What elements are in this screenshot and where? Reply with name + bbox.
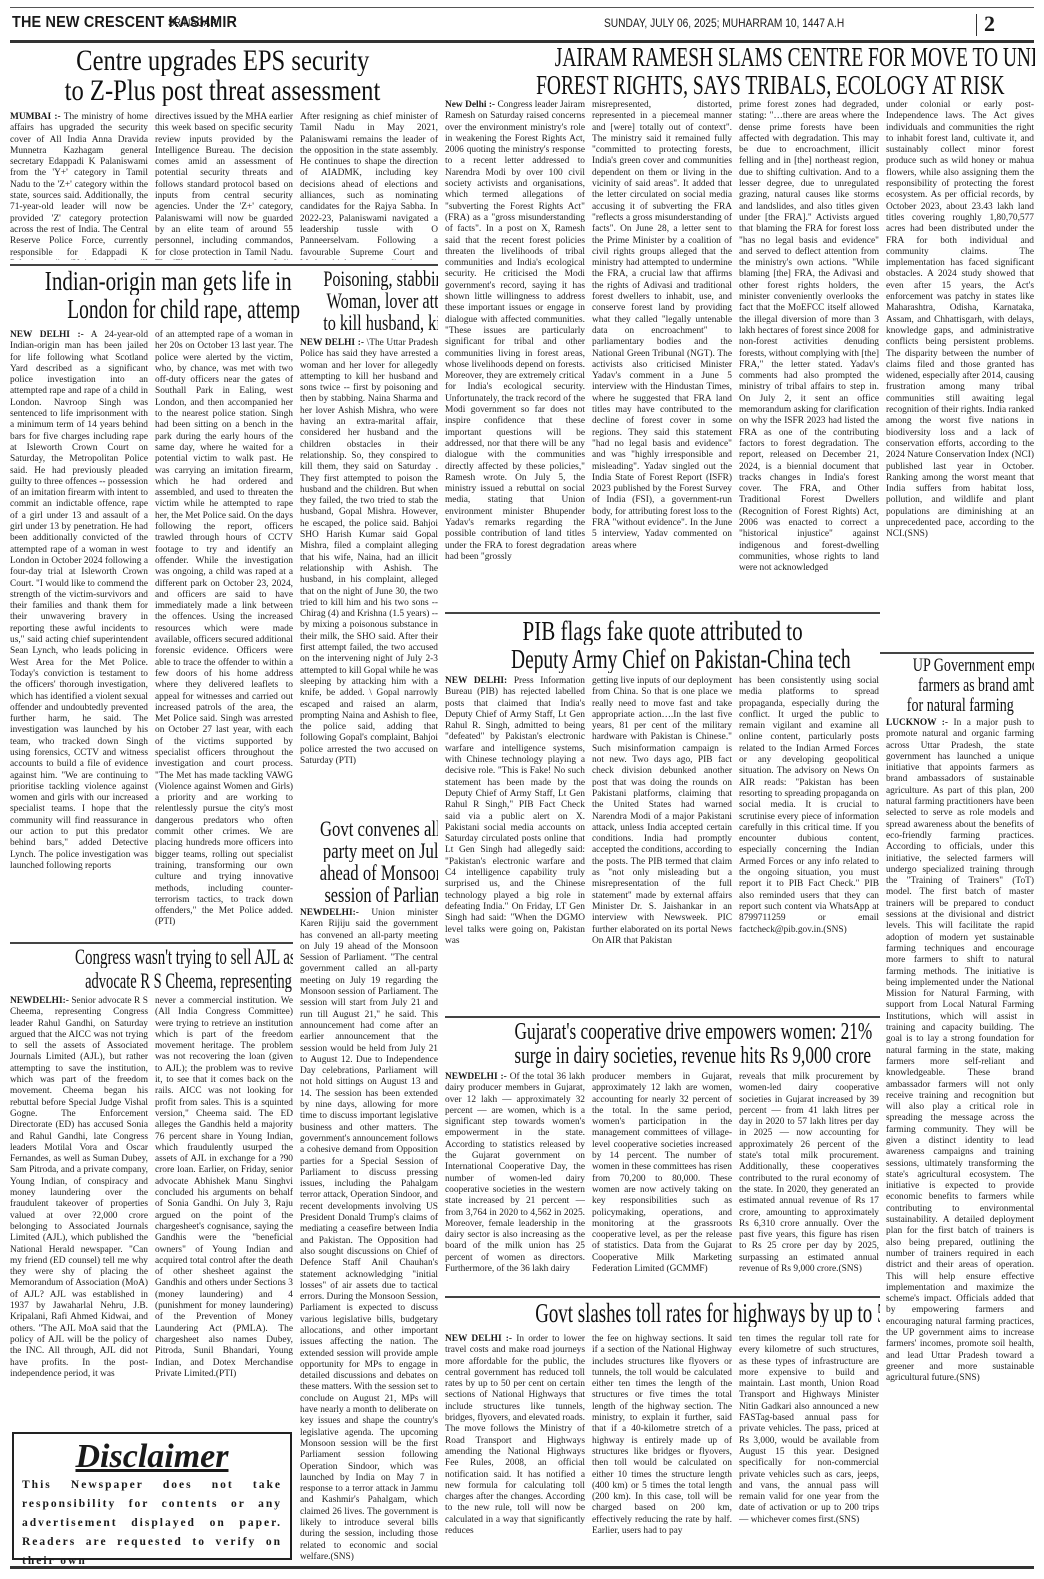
pib-col-3: has been consistently using social media… xyxy=(739,676,879,1012)
divider xyxy=(880,652,1034,654)
divider xyxy=(10,942,293,944)
toll-headline: Govt slashes toll rates for highways by … xyxy=(445,1300,880,1327)
up-headline-line2: farmers as brand ambassadors xyxy=(886,676,1034,695)
london-headline-line2: London for child rape, attempted rape xyxy=(10,296,300,323)
ajl-col-2: never a commercial institution. We (All … xyxy=(155,996,293,1414)
eps-col-1: MUMBAI :- The ministry of home affairs h… xyxy=(10,112,148,260)
jairam-headline-line1: JAIRAM RAMESH SLAMS CENTRE FOR MOVE TO U… xyxy=(445,44,1035,71)
up-body: LUCKNOW :- In a major push to promote na… xyxy=(886,718,1034,1564)
jairam-col-3: prime forest zones had degraded, stating… xyxy=(739,100,879,608)
poisoning-headline-line3: to kill husband, kids xyxy=(300,312,438,334)
pib-headline-line2: Deputy Army Chief on Pakistan-China tech xyxy=(445,646,880,673)
eps-headline-line1: Centre upgrades EPS security xyxy=(10,46,435,76)
dateline: MUMBAI :- xyxy=(10,112,61,122)
toll-col-3: ten times the regular toll rate for ever… xyxy=(739,1334,879,1566)
gujarat-col-2: producer members in Gujarat, approximate… xyxy=(592,1072,732,1298)
masthead: THE NEW CRESCENT KASHMIR SRINAGAR SUNDAY… xyxy=(10,14,1034,38)
divider xyxy=(10,264,438,266)
allparty-headline-line4: session of Parliament xyxy=(300,884,438,906)
gujarat-headline-line1: Gujarat's cooperative drive empowers wom… xyxy=(445,1020,880,1044)
top-rule xyxy=(10,7,1034,8)
jairam-headline-line2: FOREST RIGHTS, SAYS TRIBALS, ECOLOGY AT … xyxy=(445,72,1035,99)
bottom-rule xyxy=(10,1566,1034,1569)
jairam-col-1: New Delhi :- Congress leader Jairam Rame… xyxy=(445,100,585,608)
london-col-2: of an attempted rape of a woman in her 2… xyxy=(155,330,293,936)
eps-col-3: After resigning as chief minister of Tam… xyxy=(300,112,438,260)
allparty-headline-line2: party meet on July 19 xyxy=(300,840,438,862)
divider xyxy=(445,612,880,614)
page-separator xyxy=(976,14,977,36)
london-headline-line1: Indian-origin man gets life in xyxy=(10,268,300,295)
ajl-headline-line1: Congress wasn't trying to sell AJL asset… xyxy=(10,946,293,968)
up-headline-line3: for natural farming xyxy=(886,696,1034,715)
up-headline-line1: UP Government empowers xyxy=(886,656,1034,675)
toll-col-2: the fee on highway sections. It said if … xyxy=(592,1334,732,1566)
allparty-body: NEWDELHI:- Union minister Karen Rijiju s… xyxy=(300,908,438,1564)
poisoning-body: NEW DELHI :- \The Uttar Pradesh Police h… xyxy=(300,338,438,816)
poisoning-headline-line1: Poisoning, stabbing: xyxy=(300,268,438,290)
disclaimer-box: Disclaimer This Newspaper does not take … xyxy=(12,1432,292,1560)
allparty-headline-line1: Govt convenes all- xyxy=(300,818,438,840)
ajl-headline-line2: advocate R S Cheema, representing Rahul … xyxy=(10,970,293,992)
london-col-1: NEW DELHI :- A 24-year-old Indian-origin… xyxy=(10,330,148,936)
pib-col-1: NEW DELHI: Press Information Bureau (PIB… xyxy=(445,676,585,1012)
city: SRINAGAR xyxy=(168,17,217,29)
gujarat-col-1: NEWDELHI :- Of the total 36 lakh dairy p… xyxy=(445,1072,585,1298)
jairam-col-2: misrepresented, distorted, represented i… xyxy=(592,100,732,608)
eps-col-2: directives issued by the MHA earlier thi… xyxy=(155,112,293,260)
disclaimer-body: This Newspaper does not take responsibil… xyxy=(22,1476,282,1571)
toll-col-1: NEW DELHI :- In order to lower travel co… xyxy=(445,1334,585,1566)
page-number: 2 xyxy=(984,11,995,37)
gujarat-col-3: reveals that milk procurement by women-l… xyxy=(739,1072,879,1298)
issue-date: SUNDAY, JULY 06, 2025; MUHARRAM 10, 1447… xyxy=(604,16,844,30)
gujarat-headline-line2: surge in dairy societies, revenue hits R… xyxy=(445,1044,880,1068)
poisoning-headline-line2: Woman, lover attempts xyxy=(300,290,438,312)
ajl-col-1: NEWDELHI:- Senior advocate R S Cheema, r… xyxy=(10,996,148,1414)
masthead-rule xyxy=(10,40,1034,43)
disclaimer-title: Disclaimer xyxy=(22,1438,282,1476)
eps-headline-line2: to Z-Plus post threat assessment xyxy=(10,76,435,106)
pib-headline-line1: PIB flags fake quote attributed to xyxy=(445,618,880,645)
divider xyxy=(445,1016,880,1018)
jairam-col-4: under colonial or early post-Independenc… xyxy=(886,100,1034,648)
pib-col-2: getting live inputs of our deployment fr… xyxy=(592,676,732,1012)
allparty-headline-line3: ahead of Monsoon xyxy=(300,862,438,884)
divider xyxy=(445,1296,880,1298)
